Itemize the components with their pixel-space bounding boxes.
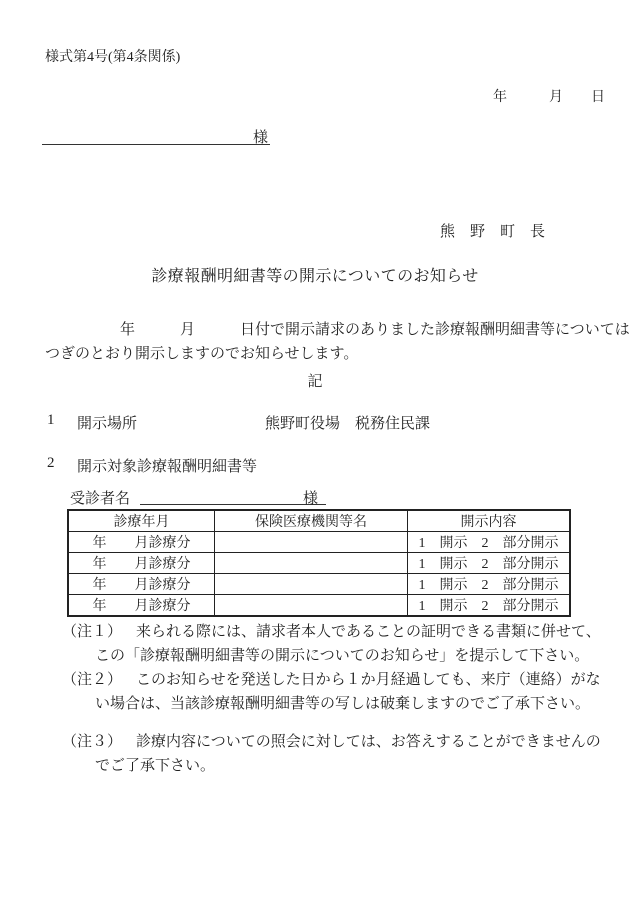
patient-name-label: 受診者名 xyxy=(70,487,130,508)
table-row: 年 月診療分 1 開示 2 部分開示 xyxy=(68,574,570,595)
item2-number: 2 xyxy=(47,455,55,472)
cell-period: 年 月診療分 xyxy=(68,595,215,617)
header-period: 診療年月 xyxy=(68,510,215,532)
body-paragraph-line2: つぎのとおり開示しますのでお知らせします。 xyxy=(45,342,358,363)
body-paragraph-line1: 年 月 日付で開示請求のありました診療報酬明細書等については、 xyxy=(120,318,630,339)
patient-name-suffix: 様 xyxy=(303,491,318,507)
note3-label: （注３） xyxy=(62,730,122,751)
note1-line2: この「診療報酬明細書等の開示についてのお知らせ」を提示して下さい。 xyxy=(95,644,589,665)
addressee-blank-line: 様 xyxy=(42,126,270,145)
cell-period: 年 月診療分 xyxy=(68,574,215,595)
header-disclosure: 開示内容 xyxy=(408,510,571,532)
table-row: 年 月診療分 1 開示 2 部分開示 xyxy=(68,553,570,574)
cell-disclosure: 1 開示 2 部分開示 xyxy=(408,532,571,553)
form-number: 様式第4号(第4条関係) xyxy=(45,46,180,66)
item2-label: 開示対象診療報酬明細書等 xyxy=(77,455,257,476)
cell-disclosure: 1 開示 2 部分開示 xyxy=(408,574,571,595)
item-disclosure-target: 2 開示対象診療報酬明細書等 xyxy=(0,455,630,475)
cell-institution xyxy=(215,574,408,595)
item-disclosure-place: 1 開示場所 熊野町役場 税務住民課 xyxy=(0,412,630,432)
cell-institution xyxy=(215,553,408,574)
item1-value: 熊野町役場 税務住民課 xyxy=(265,412,430,433)
document-page: 様式第4号(第4条関係) 年 月 日 様 熊 野 町 長 診療報酬明細書等の開示… xyxy=(0,0,630,903)
table-row: 年 月診療分 1 開示 2 部分開示 xyxy=(68,532,570,553)
item1-number: 1 xyxy=(47,412,55,429)
cell-disclosure: 1 開示 2 部分開示 xyxy=(408,553,571,574)
cell-institution xyxy=(215,532,408,553)
note3-line2: でご了承下さい。 xyxy=(95,754,215,775)
disclosure-table: 診療年月 保険医療機関等名 開示内容 年 月診療分 1 開示 2 部分開示 年 … xyxy=(67,509,571,617)
note2-line1: （注２）このお知らせを発送した日から１か月経過しても、来庁（連絡）がな xyxy=(62,668,601,689)
note2-line2: い場合は、当該診療報酬明細書等の写しは破棄しますのでご了承下さい。 xyxy=(95,692,590,713)
date-blank-line: 年 月 日 xyxy=(493,86,605,106)
addressee-suffix: 様 xyxy=(253,130,268,146)
cell-period: 年 月診療分 xyxy=(68,532,215,553)
table-row: 年 月診療分 1 開示 2 部分開示 xyxy=(68,595,570,617)
patient-name-blank-line: 様 xyxy=(140,487,326,505)
cell-period: 年 月診療分 xyxy=(68,553,215,574)
note2-label: （注２） xyxy=(62,668,122,689)
note1-line1: （注１）来られる際には、請求者本人であることの証明できる書類に併せて、 xyxy=(62,620,601,641)
cell-institution xyxy=(215,595,408,617)
page-title: 診療報酬明細書等の開示についてのお知らせ xyxy=(0,263,630,286)
note3-line1: （注３）診療内容についての照会に対しては、お答えすることができませんの xyxy=(62,730,601,751)
ki-marker: 記 xyxy=(0,370,630,391)
note1-label: （注１） xyxy=(62,620,122,641)
item1-label: 開示場所 xyxy=(77,412,137,433)
sender-title: 熊 野 町 長 xyxy=(440,220,545,241)
table-header-row: 診療年月 保険医療機関等名 開示内容 xyxy=(68,510,570,532)
cell-disclosure: 1 開示 2 部分開示 xyxy=(408,595,571,617)
header-institution: 保険医療機関等名 xyxy=(215,510,408,532)
